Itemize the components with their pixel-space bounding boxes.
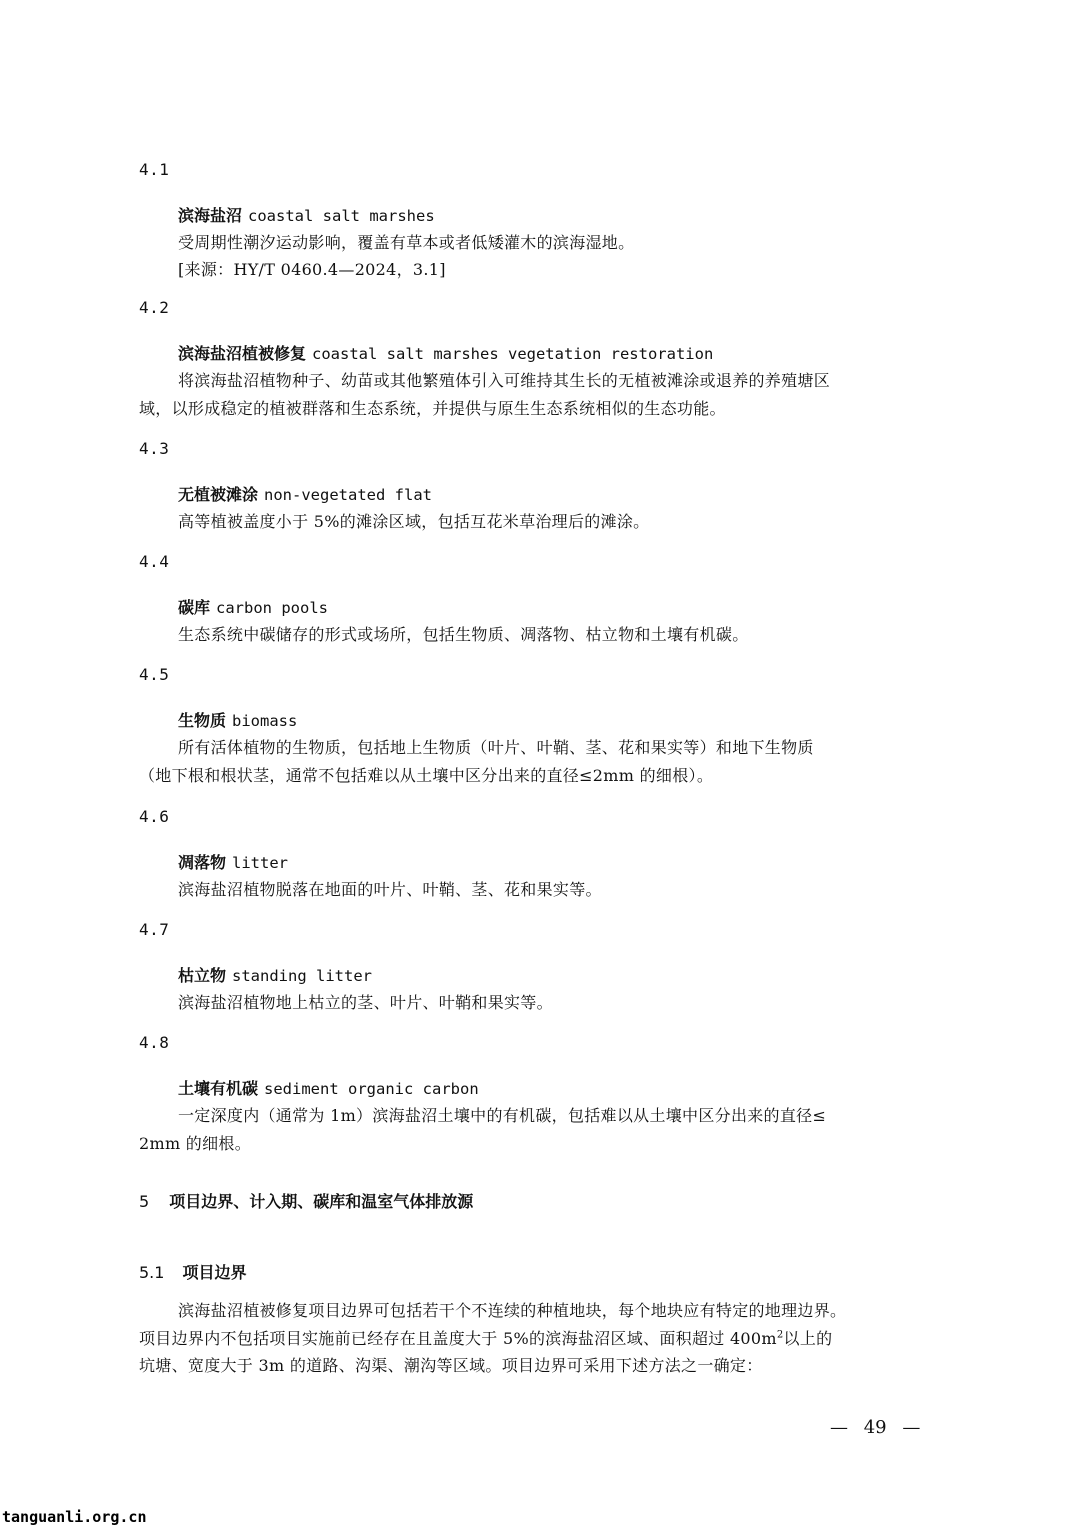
clause-number: 4.5 xyxy=(139,665,169,684)
clause-number: 4.2 xyxy=(139,298,169,317)
term-heading: 滨海盐沼coastal salt marshes xyxy=(178,203,435,226)
page-number: — 49 — xyxy=(830,1417,920,1438)
superscript: 2 xyxy=(777,1330,784,1341)
term-en: non-vegetated flat xyxy=(264,486,432,504)
paragraph-text: 项目边界内不包括项目实施前已经存在且盖度大于 5%的滨海盐沼区域、面积超过 40… xyxy=(139,1326,832,1349)
term-heading: 凋落物litter xyxy=(178,850,288,873)
term-heading: 碳库carbon pools xyxy=(178,595,328,618)
section-number: 5 xyxy=(139,1192,149,1211)
document-page: 4.1 滨海盐沼coastal salt marshes 受周期性潮汐运动影响，… xyxy=(0,0,1080,1528)
term-en: sediment organic carbon xyxy=(264,1080,479,1098)
section-title: 项目边界、计入期、碳库和温室气体排放源 xyxy=(169,1192,473,1211)
term-zh: 枯立物 xyxy=(178,966,226,985)
subsection-number: 5.1 xyxy=(139,1263,164,1282)
definition-text: （地下根和根状茎，通常不包括难以从土壤中区分出来的直径≤2mm 的细根）。 xyxy=(139,763,713,786)
definition-text: 域，以形成稳定的植被群落和生态系统，并提供与原生生态系统相似的生态功能。 xyxy=(139,396,726,419)
term-zh: 生物质 xyxy=(178,711,226,730)
term-en: litter xyxy=(232,854,288,872)
definition-text: 滨海盐沼植物地上枯立的茎、叶片、叶鞘和果实等。 xyxy=(178,990,553,1013)
clause-number: 4.3 xyxy=(139,439,169,458)
clause-number: 4.7 xyxy=(139,920,169,939)
term-heading: 无植被滩涂non-vegetated flat xyxy=(178,482,432,505)
term-heading: 生物质biomass xyxy=(178,708,297,731)
term-en: carbon pools xyxy=(216,599,328,617)
term-en: biomass xyxy=(232,712,297,730)
term-en: standing litter xyxy=(232,967,372,985)
term-zh: 碳库 xyxy=(178,598,210,617)
subsection-title: 项目边界 xyxy=(182,1263,246,1282)
term-zh: 无植被滩涂 xyxy=(178,485,258,504)
term-zh: 土壤有机碳 xyxy=(178,1079,258,1098)
paragraph-fragment: 以上的 xyxy=(784,1329,833,1348)
source-note: [来源：HY/T 0460.4—2024，3.1] xyxy=(178,257,446,280)
term-zh: 滨海盐沼植被修复 xyxy=(178,344,306,363)
term-zh: 滨海盐沼 xyxy=(178,206,242,225)
paragraph-text: 坑塘、宽度大于 3m 的道路、沟渠、潮沟等区域。项目边界可采用下述方法之一确定： xyxy=(139,1353,763,1376)
definition-text: 2mm 的细根。 xyxy=(139,1131,251,1154)
paragraph-fragment: 项目边界内不包括项目实施前已经存在且盖度大于 5%的滨海盐沼区域、面积超过 40… xyxy=(139,1329,777,1348)
definition-text: 将滨海盐沼植物种子、幼苗或其他繁殖体引入可维持其生长的无植被滩涂或退养的养殖塘区 xyxy=(178,368,830,391)
paragraph-text: 滨海盐沼植被修复项目边界可包括若干个不连续的种植地块，每个地块应有特定的地理边界… xyxy=(178,1298,846,1321)
clause-number: 4.6 xyxy=(139,807,169,826)
clause-number: 4.4 xyxy=(139,552,169,571)
definition-text: 一定深度内（通常为 1m）滨海盐沼土壤中的有机碳，包括难以从土壤中区分出来的直径… xyxy=(178,1103,826,1126)
term-heading: 土壤有机碳sediment organic carbon xyxy=(178,1076,479,1099)
definition-text: 所有活体植物的生物质，包括地上生物质（叶片、叶鞘、茎、花和果实等）和地下生物质 xyxy=(178,735,814,758)
definition-text: 生态系统中碳储存的形式或场所，包括生物质、凋落物、枯立物和土壤有机碳。 xyxy=(178,622,749,645)
definition-text: 受周期性潮汐运动影响，覆盖有草本或者低矮灌木的滨海湿地。 xyxy=(178,230,634,253)
definition-text: 高等植被盖度小于 5%的滩涂区域，包括互花米草治理后的滩涂。 xyxy=(178,509,649,532)
term-heading: 枯立物standing litter xyxy=(178,963,372,986)
term-en: coastal salt marshes vegetation restorat… xyxy=(312,345,713,363)
clause-number: 4.1 xyxy=(139,160,169,179)
term-en: coastal salt marshes xyxy=(248,207,435,225)
term-zh: 凋落物 xyxy=(178,853,226,872)
section-heading: 5项目边界、计入期、碳库和温室气体排放源 xyxy=(139,1189,473,1212)
clause-number: 4.8 xyxy=(139,1033,169,1052)
subsection-heading: 5.1项目边界 xyxy=(139,1260,246,1283)
term-heading: 滨海盐沼植被修复coastal salt marshes vegetation … xyxy=(178,341,713,364)
watermark: tanguanli.org.cn xyxy=(2,1508,147,1526)
definition-text: 滨海盐沼植物脱落在地面的叶片、叶鞘、茎、花和果实等。 xyxy=(178,877,602,900)
